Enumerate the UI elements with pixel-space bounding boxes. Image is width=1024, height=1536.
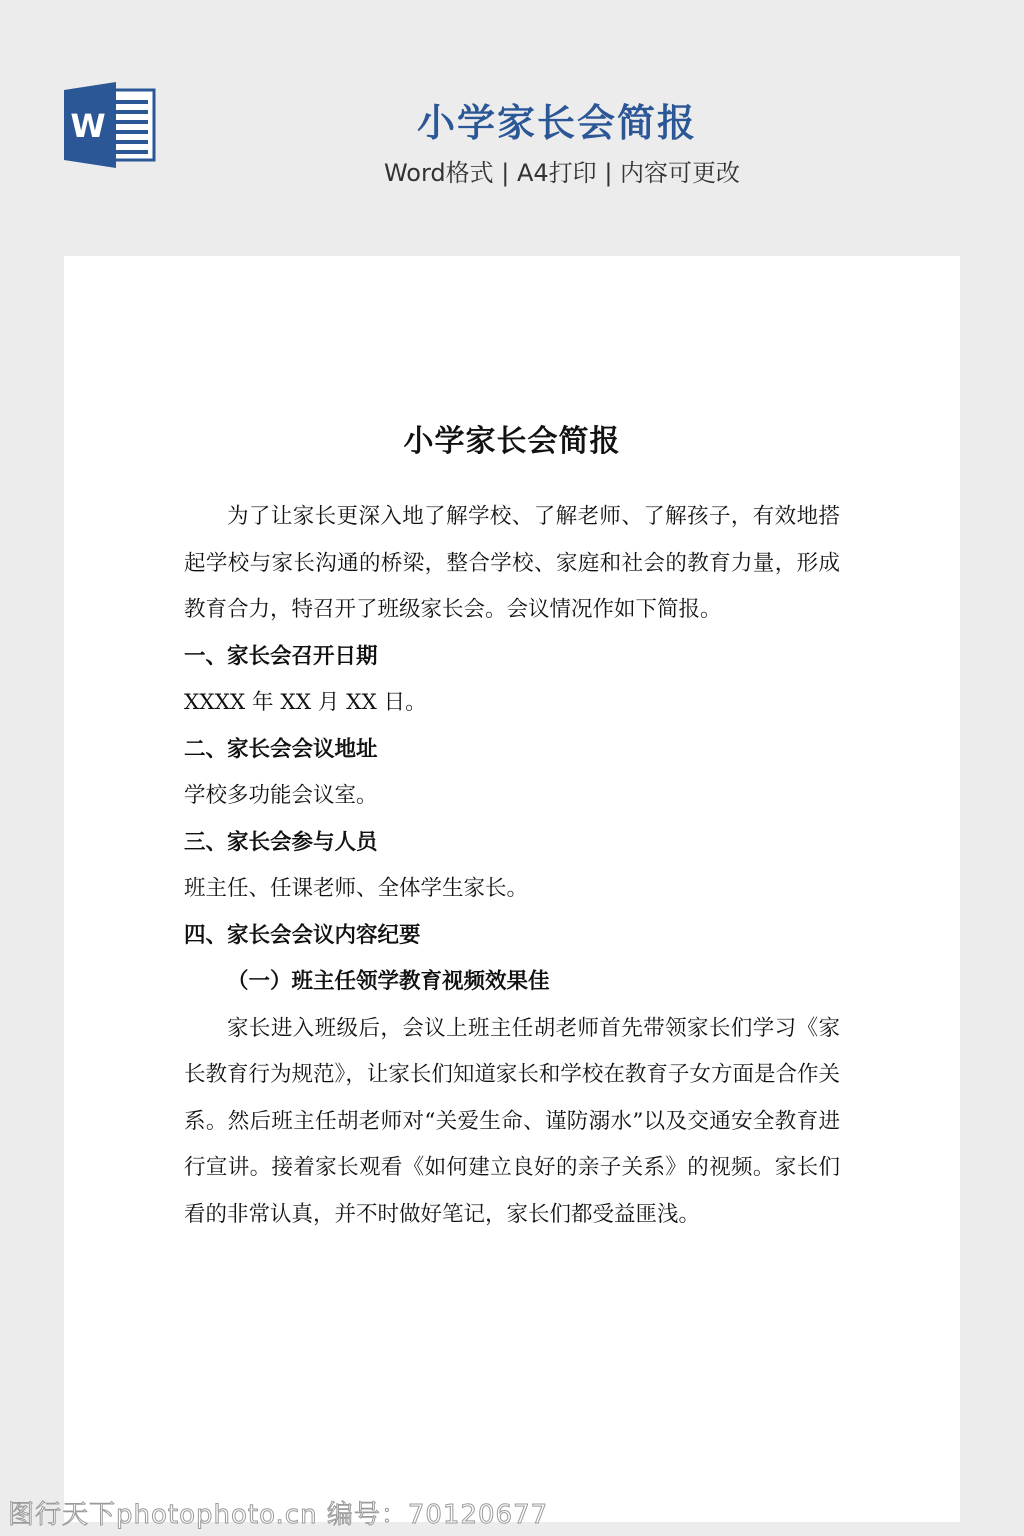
subsection-heading: （一）班主任领学教育视频效果佳 — [184, 959, 840, 1006]
header-subtitle: Word格式 | A4打印 | 内容可更改 — [0, 153, 1024, 188]
header-title: 小学家长会简报 — [0, 92, 1024, 147]
section-body-participants: 班主任、任课老师、全体学生家长。 — [184, 866, 840, 913]
document-page: 小学家长会简报 为了让家长更深入地了解学校、了解老师、了解孩子，有效地搭起学校与… — [64, 256, 960, 1522]
document-title: 小学家长会简报 — [184, 416, 840, 460]
section-body-location: 学校多功能会议室。 — [184, 773, 840, 820]
section-heading-minutes: 四、家长会会议内容纪要 — [184, 913, 840, 960]
watermark-text: 图行天下photophoto.cn 编号：70120677 — [8, 1494, 548, 1531]
section-heading-location: 二、家长会会议地址 — [184, 727, 840, 774]
section-body-date: XXXX 年 XX 月 XX 日。 — [184, 680, 840, 727]
intro-paragraph: 为了让家长更深入地了解学校、了解老师、了解孩子，有效地搭起学校与家长沟通的桥梁，… — [184, 494, 840, 634]
document-body: 小学家长会简报 为了让家长更深入地了解学校、了解老师、了解孩子，有效地搭起学校与… — [184, 416, 840, 1238]
section-heading-participants: 三、家长会参与人员 — [184, 820, 840, 867]
subsection-body: 家长进入班级后，会议上班主任胡老师首先带领家长们学习《家长教育行为规范》，让家长… — [184, 1006, 840, 1239]
section-heading-date: 一、家长会召开日期 — [184, 634, 840, 681]
